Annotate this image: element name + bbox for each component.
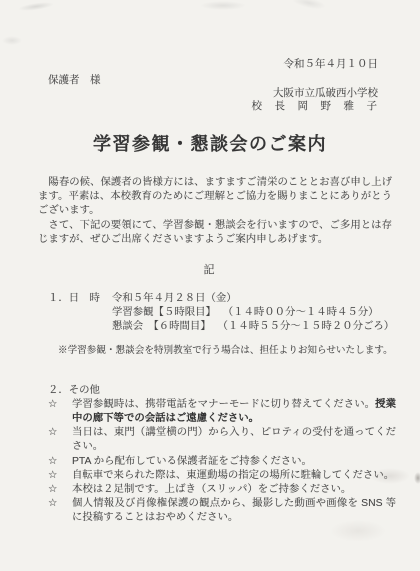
greeting-paragraph-1: 陽春の候、保護者の皆様方には、ますますご清栄のこととお喜び申し上げます。平素は、… [38, 176, 392, 219]
document-date: 令和５年４月１０日 [284, 56, 379, 71]
greeting-paragraph-2: さて、下記の要領にて、学習参観・懇談会を行いますので、ご多用とは存じますが、ぜひ… [38, 219, 392, 247]
star-icon: ☆ [48, 398, 72, 426]
special-classroom-note: ※学習参観・懇談会を特別教室で行う場合は、担任よりお知らせいたします。 [58, 344, 400, 357]
greeting-block: 陽春の候、保護者の皆様方には、ますますご清栄のこととお喜び申し上げます。平素は、… [38, 176, 392, 247]
schedule-observation-line: 学習参観【５時限目】（１４時００分～１４時４５分） [112, 306, 394, 320]
meeting-time: （１４時５５分～１５時２０分ごろ） [223, 321, 394, 332]
recipient-line: 保護者 様 [48, 72, 101, 87]
list-item-text: 当日は、東門（講堂横の門）から入り、ピロティの受付を通ってください。 [72, 426, 396, 454]
list-item: ☆ 個人情報及び肖像権保護の観点から、撮影した動画や画像を SNS 等に投稿する… [48, 497, 402, 525]
observation-time: （１４時００分～１４時４５分） [228, 307, 379, 318]
list-item: ☆ 当日は、東門（講堂横の門）から入り、ピロティの受付を通ってください。 [48, 426, 402, 454]
schedule-section: １．日 時 令和５年４月２８日（金） 学習参観【５時限目】（１４時００分～１４時… [48, 292, 420, 335]
list-item: ☆ 学習参観時は、携帯電話をマナーモードに切り替えてください。授業中の廊下等での… [48, 398, 402, 426]
other-bullet-list: ☆ 学習参観時は、携帯電話をマナーモードに切り替えてください。授業中の廊下等での… [48, 398, 402, 526]
other-section-label: ２．その他 [48, 384, 420, 398]
scan-artifact [414, 472, 420, 484]
schedule-label: １．日 時 [48, 292, 112, 335]
schedule-body: 令和５年４月２８日（金） 学習参観【５時限目】（１４時００分～１４時４５分） 懇… [112, 292, 394, 335]
observation-label: 学習参観【５時限目】 [112, 307, 216, 318]
list-item: ☆ PTA から配布している保護者証をご持参ください。 [48, 455, 402, 469]
meeting-label: 懇談会 【６時間目】 [112, 321, 211, 332]
star-icon: ☆ [48, 455, 72, 469]
star-icon: ☆ [48, 469, 72, 483]
document-page: 令和５年４月１０日 保護者 様 大阪市立瓜破西小学校 校 長 岡 野 雅 子 学… [0, 0, 420, 571]
list-item-text: 自転車で来られた際は、東運動場の指定の場所に駐輪してください。 [72, 469, 396, 483]
list-item: ☆ 自転車で来られた際は、東運動場の指定の場所に駐輪してください。 [48, 469, 402, 483]
schedule-meeting-line: 懇談会 【６時間目】（１４時５５分～１５時２０分ごろ） [112, 320, 394, 334]
schedule-date-line: 令和５年４月２８日（金） [112, 292, 394, 306]
list-item-text: 個人情報及び肖像権保護の観点から、撮影した動画や画像を SNS 等に投稿すること… [72, 497, 396, 525]
list-item-text: 学習参観時は、携帯電話をマナーモードに切り替えてください。授業中の廊下等での会話… [72, 398, 396, 426]
star-icon: ☆ [48, 426, 72, 454]
star-icon: ☆ [48, 497, 72, 525]
principal-name: 校 長 岡 野 雅 子 [252, 98, 379, 113]
list-item-text: PTA から配布している保護者証をご持参ください。 [72, 455, 396, 469]
star-icon: ☆ [48, 483, 72, 497]
list-item-text: 本校は２足制です。上ばき（スリッパ）をご持参ください。 [72, 483, 396, 497]
record-marker: 記 [0, 261, 420, 277]
list-item: ☆ 本校は２足制です。上ばき（スリッパ）をご持参ください。 [48, 483, 402, 497]
